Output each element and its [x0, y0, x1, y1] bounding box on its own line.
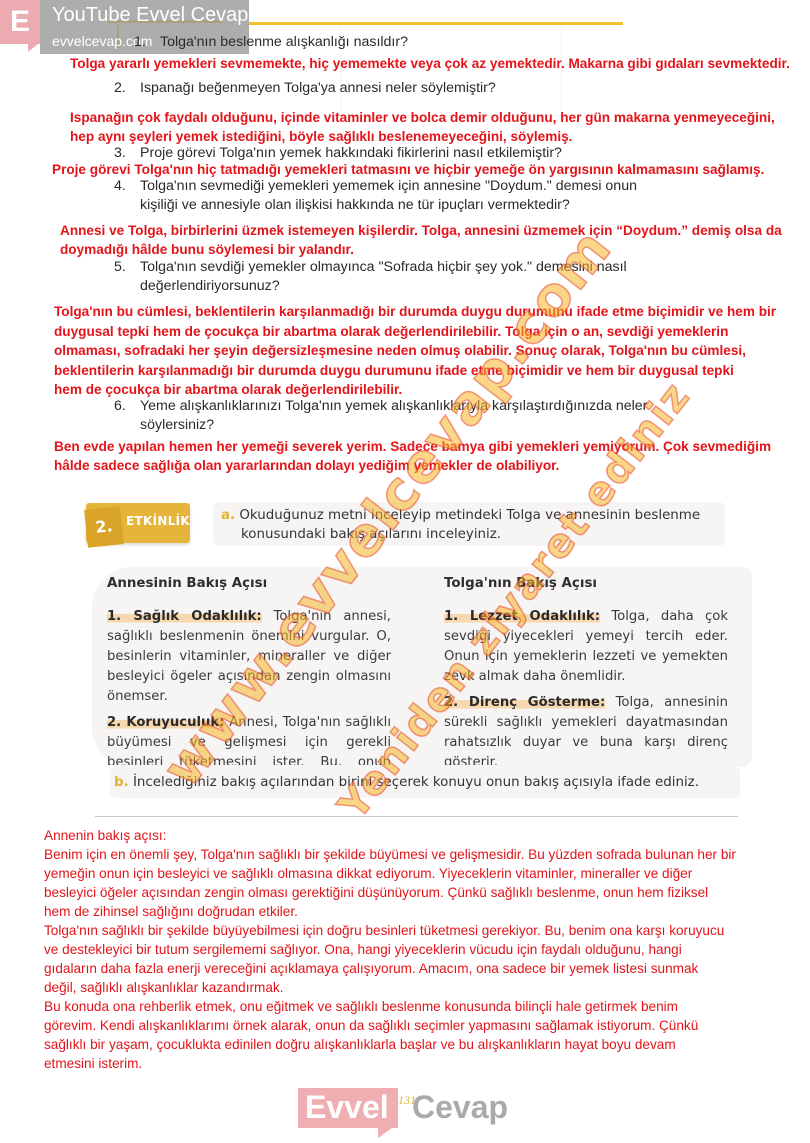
answer-line: Tolga'nın sağlıklı bir şekilde büyüyebil… [44, 921, 736, 940]
instruction-line: Okuduğunuz metni inceleyip metindeki Tol… [239, 508, 700, 523]
question-text: Yeme alışkanlıklarınızı Tolga'nın yemek … [140, 398, 647, 414]
point-heading: 1. Sağlık Odaklılık: [107, 609, 262, 624]
tolga-point-2: 2. Direnç Gösterme: Tolga, annesinin sür… [444, 693, 728, 765]
instruction-line: konusundaki bakış açılarını inceleyiniz. [221, 525, 700, 544]
tolga-perspective-text: 1. Lezzet Odaklılık: Tolga, daha çok sev… [444, 607, 728, 765]
point-heading: 2. Direnç Gösterme: [444, 695, 605, 710]
mother-point-1: 1. Sağlık Odaklılık: Tolga'nın annesi, s… [107, 607, 391, 707]
mother-perspective-text: 1. Sağlık Odaklılık: Tolga'nın annesi, s… [107, 607, 391, 765]
activity-number: 2. [84, 506, 124, 548]
question-text-continued: kişiliği ve annesiyle olan ilişkisi hakk… [114, 196, 637, 215]
part-b-instruction: b. İncelediğiniz bakış açılarından birin… [114, 773, 699, 792]
answer-line: Ben evde yapılan hemen her yemeği severe… [54, 437, 771, 456]
answer-line: yemeğin onun için besleyici ve sağlıklı … [44, 864, 736, 883]
answer-line: beklentilerin karşılanmadığı bir durumda… [54, 361, 776, 381]
question-4: 4.Tolga'nın sevmediği yemekleri yememek … [114, 177, 637, 215]
answer-line: Benim için en önemli şey, Tolga'nın sağl… [44, 845, 736, 864]
question-number: 6. [114, 397, 140, 416]
answer-line: görevim. Kendi alışkanlıklarımı örnek al… [44, 1016, 736, 1035]
question-text-continued: değerlendiriyorsunuz? [114, 277, 627, 296]
answer-line: Bu konuda ona rehberlik etmek, onu eğitm… [44, 997, 736, 1016]
question-text: Ispanağı beğenmeyen Tolga'ya annesi nele… [140, 80, 496, 96]
answer-2: Ispanağın çok faydalı olduğunu, içinde v… [70, 108, 775, 146]
final-answer-heading: Annenin bakış açısı: [44, 826, 736, 845]
answer-1: Tolga yararlı yemekleri sevmemekte, hiç … [70, 54, 790, 73]
question-5: 5.Tolga'nın sevdiği yemekler olmayınca "… [114, 258, 627, 296]
question-number: 2. [114, 79, 140, 98]
mother-perspective-title: Annesinin Bakış Açısı [107, 576, 267, 591]
question-text: Tolga'nın beslenme alışkanlığı nasıldır? [160, 34, 408, 50]
question-number: 4. [114, 177, 140, 196]
answer-line: değil, sağlıklı alışkanlıklar kazandırma… [44, 978, 736, 997]
answer-line: gıdaların daha fazla enerji vereceğini a… [44, 959, 736, 978]
activity-label: ETKİNLİK [126, 514, 190, 528]
mother-point-2: 2. Koruyuculuk: Annesi, Tolga'nın sağlık… [107, 713, 391, 765]
footer-logo-evvel: Evvel [305, 1089, 389, 1126]
question-text: Tolga'nın sevdiği yemekler olmayınca "So… [140, 259, 627, 275]
answer-text: Proje görevi Tolga'nın hiç tatmadığı yem… [52, 162, 764, 177]
answer-line: hâlde sadece sağlığa olan yararlarından … [54, 456, 771, 475]
question-6: 6.Yeme alışkanlıklarınızı Tolga'nın yeme… [114, 397, 647, 435]
answer-text: Tolga yararlı yemekleri sevmemekte, hiç … [70, 56, 790, 71]
part-b-letter: b. [114, 775, 129, 790]
answer-5: Tolga'nın bu cümlesi, beklentilerin karş… [54, 302, 776, 400]
question-text: Proje görevi Tolga'nın yemek hakkındaki … [140, 145, 562, 161]
tolga-perspective-title: Tolga'nın Bakış Açısı [444, 576, 597, 591]
question-number: 5. [114, 258, 140, 277]
answer-line: sağlıklı bir yaşam, çocuklukta edinilen … [44, 1035, 736, 1054]
part-a-instruction: a. Okuduğunuz metni inceleyip metindeki … [221, 506, 700, 544]
final-answer: Annenin bakış açısı: Benim için en öneml… [44, 826, 736, 1073]
answer-line: ve destekleyici bir tutum sergilememi sa… [44, 940, 736, 959]
point-heading: 2. Koruyuculuk: [107, 715, 224, 730]
answer-line: duygusal tepki hem de çocukça bir abartm… [54, 322, 776, 342]
point-heading: 1. Lezzet Odaklılık: [444, 609, 600, 624]
answer-line: besleyici öğeler açısından zengin olması… [44, 883, 736, 902]
answer-line: hem de zihinsel sağlığını doğrudan etkil… [44, 902, 736, 921]
answer-line: Ispanağın çok faydalı olduğunu, içinde v… [70, 108, 775, 127]
watermark-logo-title: YouTube Evvel Cevap [52, 4, 248, 27]
answer-line: olmaması, sofradaki her şeyin değersizle… [54, 341, 776, 361]
answer-6: Ben evde yapılan hemen her yemeği severe… [54, 437, 771, 475]
answer-line: Annesi ve Tolga, birbirlerini üzmek iste… [60, 221, 782, 240]
tolga-point-1: 1. Lezzet Odaklılık: Tolga, daha çok sev… [444, 607, 728, 687]
footer-logo-cevap: Cevap [412, 1089, 508, 1126]
top-accent-bar-right [249, 22, 623, 25]
answer-line: doymadığı hâlde bunu söylemesi bir yalan… [60, 240, 782, 259]
answer-line: Tolga'nın bu cümlesi, beklentilerin karş… [54, 302, 776, 322]
question-text: Tolga'nın sevmediği yemekleri yememek iç… [140, 178, 637, 194]
watermark-logo-e: E [0, 0, 40, 44]
instruction-text: İncelediğiniz bakış açılarından birini s… [133, 775, 699, 790]
question-number: 1. [134, 33, 160, 52]
question-text-continued: söylersiniz? [114, 416, 647, 435]
part-a-letter: a. [221, 508, 235, 523]
question-1: 1.Tolga'nın beslenme alışkanlığı nasıldı… [134, 33, 408, 52]
answer-line: etmesini isterim. [44, 1054, 736, 1073]
answer-4: Annesi ve Tolga, birbirlerini üzmek iste… [60, 221, 782, 259]
answer-writing-line [95, 816, 738, 817]
question-2: 2.Ispanağı beğenmeyen Tolga'ya annesi ne… [114, 79, 496, 98]
